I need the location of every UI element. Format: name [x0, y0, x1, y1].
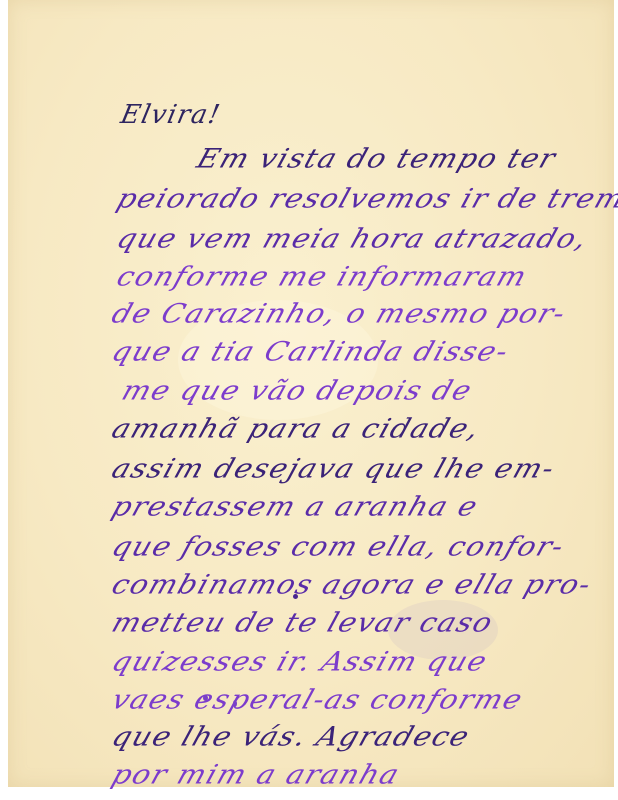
salutation: Elvira!	[118, 100, 224, 130]
letter-line-5: de Carazinho, o mesmo por-	[108, 298, 571, 329]
letter-line-13: metteu de te levar caso	[108, 607, 498, 638]
letter-line-1: Em vista do tempo ter	[193, 143, 561, 174]
ink-blot	[203, 695, 208, 701]
letter-line-14: quizesses ir. Assim que	[108, 646, 492, 677]
ink-blot	[233, 700, 237, 707]
letter-line-9: assim desejava que lhe em-	[108, 453, 560, 484]
letter-line-8: amanhã para a cidade,	[108, 413, 485, 444]
letter-line-10: prestassem a aranha e	[108, 491, 483, 522]
letter-line-15: vaes esperal-as conforme	[108, 684, 528, 715]
letter-line-17: por mim a aranha	[108, 759, 404, 790]
letter-line-7: me que vão depois de	[118, 375, 477, 406]
letter-line-3: que vem meia hora atrazado,	[113, 223, 592, 254]
letter-line-12: combinamos agora e ella pro-	[108, 569, 596, 600]
letter-line-11: que fosses com ella, confor-	[108, 531, 569, 562]
letter-line-4: conforme me informaram	[113, 261, 532, 292]
letter-line-2: peiorado resolvemos ir de trem	[113, 183, 618, 214]
ink-blot	[293, 594, 298, 599]
letter-page: Elvira! Em vista do tempo ter peiorado r…	[8, 0, 614, 787]
letter-line-16: que lhe vás. Agradece	[108, 721, 474, 752]
letter-line-6: que a tia Carlinda disse-	[108, 336, 513, 367]
